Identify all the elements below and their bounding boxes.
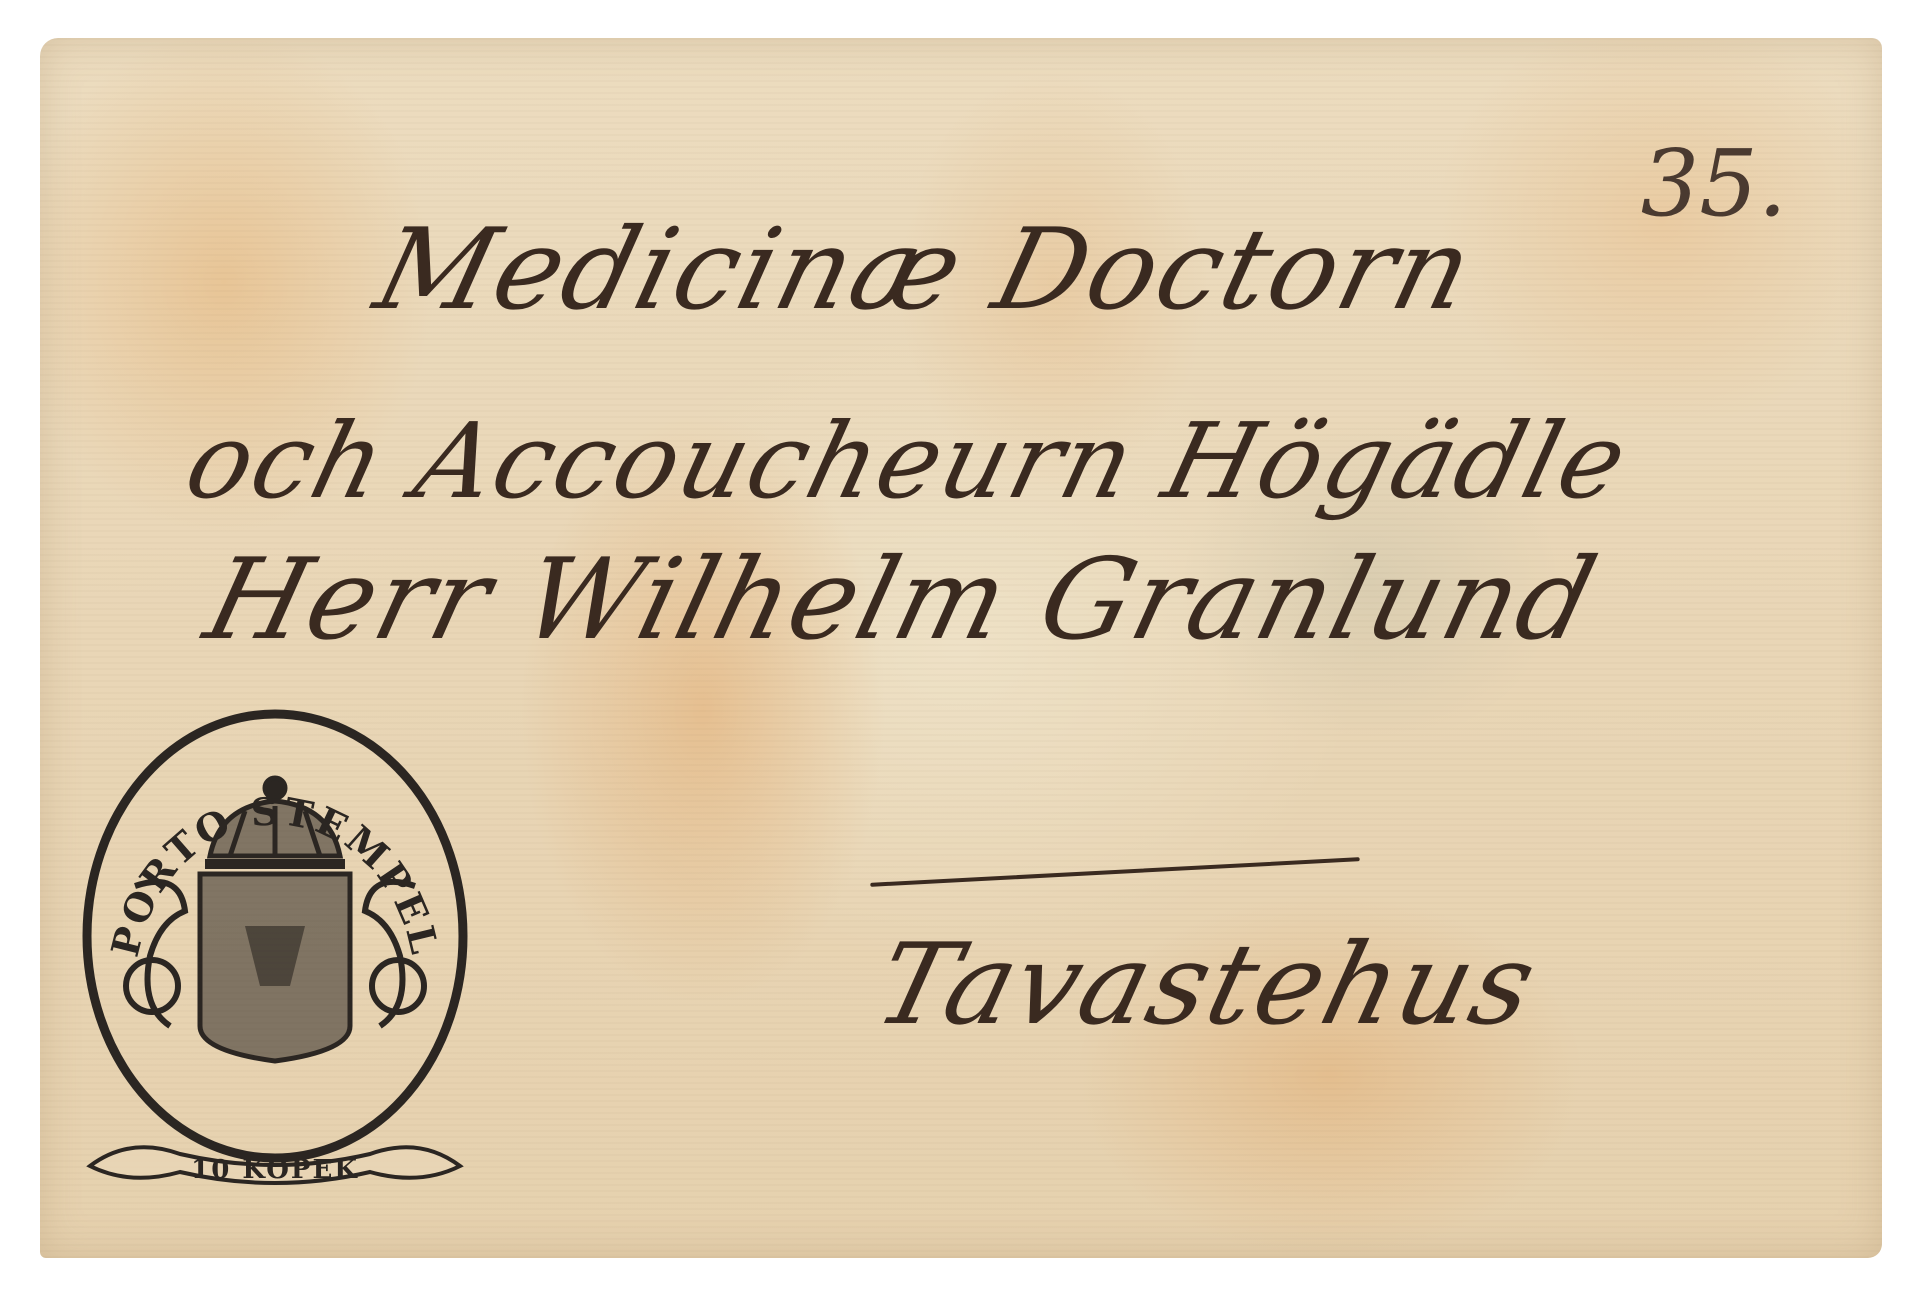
address-line-title: Medicinæ Doctorn (364, 205, 1487, 335)
coat-of-arms-shield-icon (200, 874, 350, 1061)
address-line-honorific: och Accoucheurn Högädle (175, 400, 1640, 522)
crown-icon (205, 778, 345, 864)
address-line-recipient: Herr Wilhelm Granlund (194, 535, 1610, 665)
corner-mark: 35. (1641, 130, 1787, 237)
address-line-destination: Tavastehus (864, 920, 1550, 1050)
stamp-value-text: 10 KOPEK (191, 1155, 359, 1185)
stamp-value-banner: 10 KOPEK (90, 1147, 460, 1185)
porto-stempel-handstamp: PORTO STEMPEL 10 KOPEK (70, 696, 480, 1216)
